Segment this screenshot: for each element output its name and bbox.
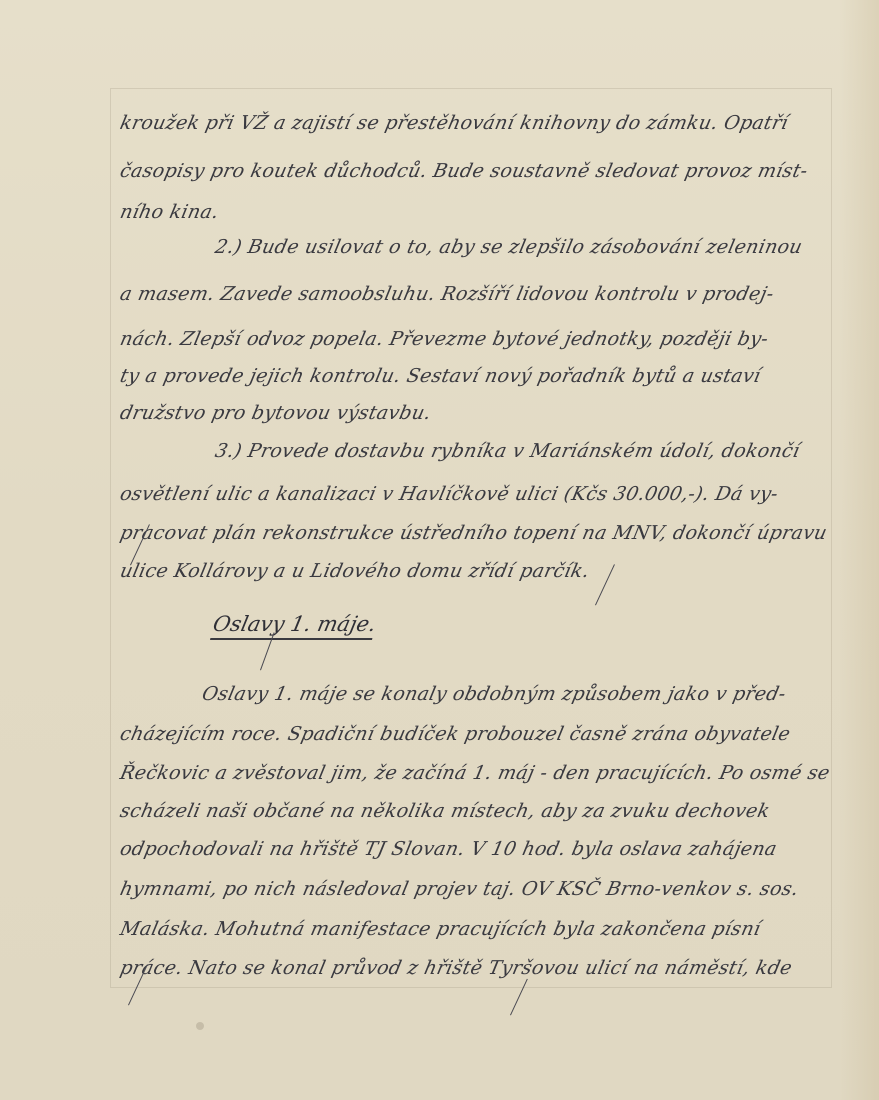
text-line: ního kina. [118, 201, 221, 223]
text-line: 2.) Bude usilovat o to, aby se zlepšilo … [213, 236, 804, 258]
text-line: osvětlení ulic a kanalizaci v Havlíčkově… [118, 483, 780, 505]
text-line: nách. Zlepší odvoz popela. Převezme byto… [118, 328, 770, 350]
text-line: práce. Nato se konal průvod z hřiště Tyr… [118, 957, 794, 979]
page-edge-shadow [839, 0, 879, 1100]
text-line: Oslavy 1. máje se konaly obdobným způsob… [200, 683, 788, 705]
text-line: a masem. Zavede samoobsluhu. Rozšíří lid… [118, 283, 776, 305]
text-line: družstvo pro bytovou výstavbu. [118, 402, 433, 424]
text-line: 3.) Provede dostavbu rybníka v Mariánské… [213, 440, 802, 462]
text-line: ulice Kollárovy a u Lidového domu zřídí … [118, 560, 592, 582]
text-line: Řečkovic a zvěstoval jim, že začíná 1. m… [118, 762, 832, 784]
text-line: kroužek při VŽ a zajistí se přestěhování… [118, 112, 790, 134]
text-line: hymnami, po nich následoval projev taj. … [118, 878, 801, 900]
text-line: Maláska. Mohutná manifestace pracujících… [118, 918, 763, 940]
text-line: odpochodovali na hřiště TJ Slovan. V 10 … [118, 838, 779, 860]
text-line: časopisy pro koutek důchodců. Bude soust… [118, 160, 810, 182]
text-line: scházeli naši občané na několika místech… [118, 800, 772, 822]
text-line: ty a provede jejich kontrolu. Sestaví no… [118, 365, 763, 387]
text-line: pracovat plán rekonstrukce ústředního to… [118, 522, 829, 544]
text-line: cházejícím roce. Spadiční budíček probou… [118, 723, 792, 745]
paper-smudge [196, 1022, 204, 1030]
section-heading: Oslavy 1. máje. [210, 612, 378, 640]
manuscript-page: kroužek při VŽ a zajistí se přestěhování… [0, 0, 879, 1100]
